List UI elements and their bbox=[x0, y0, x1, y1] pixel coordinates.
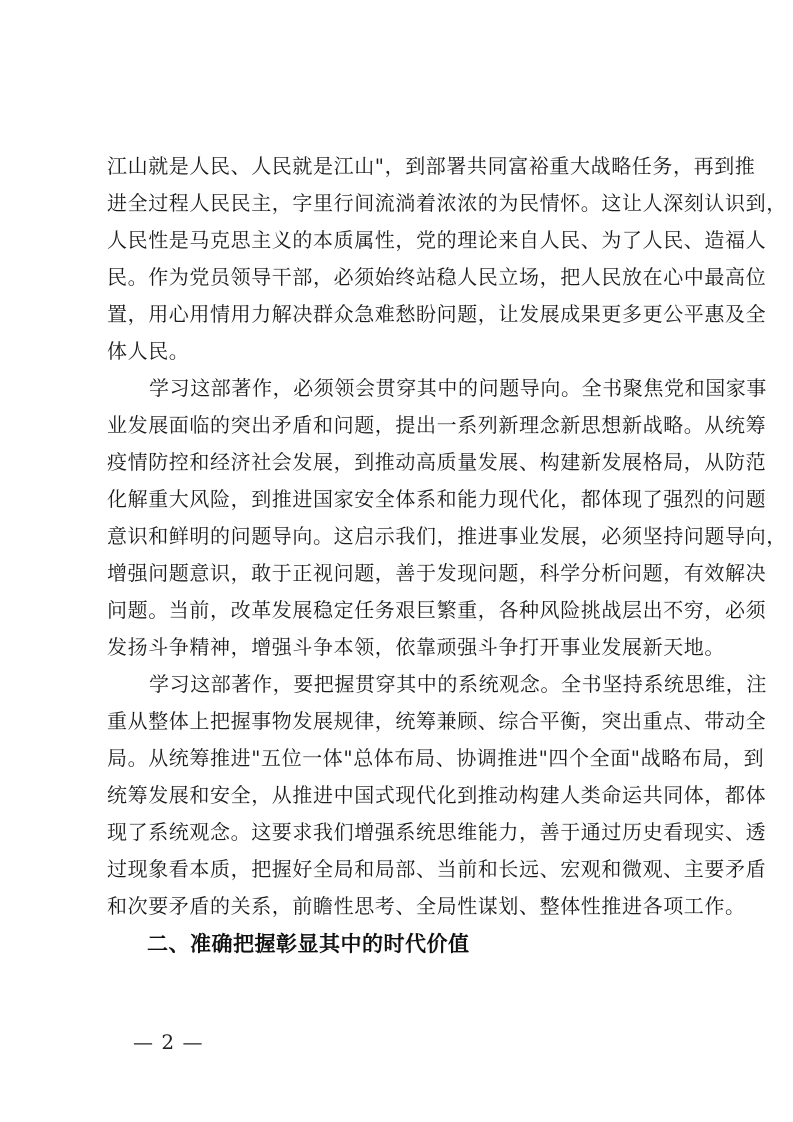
text-line: 化解重大风险，到推进国家安全体系和能力现代化，都体现了强烈的问题 bbox=[107, 481, 693, 518]
text-line: 置，用心用情用力解决群众急难愁盼问题，让发展成果更多更公平惠及全 bbox=[107, 296, 693, 333]
text-line: 重从整体上把握事物发展规律，统筹兼顾、综合平衡，突出重点、带动全 bbox=[107, 703, 693, 740]
text-line: 和次要矛盾的关系，前瞻性思考、全局性谋划、整体性推进各项工作。 bbox=[107, 888, 693, 925]
text-line: 民。作为党员领导干部，必须始终站稳人民立场，把人民放在心中最高位 bbox=[107, 259, 693, 296]
text-line: 问题。当前，改革发展稳定任务艰巨繁重，各种风险挑战层出不穷，必须 bbox=[107, 592, 693, 629]
paragraph-people-centered: 江山就是人民、人民就是江山"，到部署共同富裕重大战略任务，再到推 进全过程人民民… bbox=[107, 148, 693, 370]
text-line: 体人民。 bbox=[107, 333, 693, 370]
text-line: 进全过程人民民主，字里行间流淌着浓浓的为民情怀。这让人深刻认识到， bbox=[107, 185, 693, 222]
section-heading: 二、准确把握彰显其中的时代价值 bbox=[147, 928, 470, 958]
text-line: 局。从统筹推进"五位一体"总体布局、协调推进"四个全面"战略布局，到 bbox=[107, 740, 693, 777]
text-line: 人民性是马克思主义的本质属性，党的理论来自人民、为了人民、造福人 bbox=[107, 222, 693, 259]
text-line: 过现象看本质，把握好全局和局部、当前和长远、宏观和微观、主要矛盾 bbox=[107, 851, 693, 888]
document-body: 江山就是人民、人民就是江山"，到部署共同富裕重大战略任务，再到推 进全过程人民民… bbox=[107, 148, 693, 925]
document-page: 江山就是人民、人民就是江山"，到部署共同富裕重大战略任务，再到推 进全过程人民民… bbox=[0, 0, 793, 1122]
text-line: 学习这部著作，必须领会贯穿其中的问题导向。全书聚焦党和国家事 bbox=[107, 370, 693, 407]
paragraph-problem-orientation: 学习这部著作，必须领会贯穿其中的问题导向。全书聚焦党和国家事 业发展面临的突出矛… bbox=[107, 370, 693, 666]
text-line: 发扬斗争精神，增强斗争本领，依靠顽强斗争打开事业发展新天地。 bbox=[107, 629, 693, 666]
text-line: 意识和鲜明的问题导向。这启示我们，推进事业发展，必须坚持问题导向， bbox=[107, 518, 693, 555]
text-line: 统筹发展和安全，从推进中国式现代化到推动构建人类命运共同体，都体 bbox=[107, 777, 693, 814]
text-line: 现了系统观念。这要求我们增强系统思维能力，善于通过历史看现实、透 bbox=[107, 814, 693, 851]
paragraph-systems-thinking: 学习这部著作，要把握贯穿其中的系统观念。全书坚持系统思维，注 重从整体上把握事物… bbox=[107, 666, 693, 925]
text-line: 业发展面临的突出矛盾和问题，提出一系列新理念新思想新战略。从统筹 bbox=[107, 407, 693, 444]
page-number: — 2 — bbox=[133, 1030, 203, 1054]
text-line: 江山就是人民、人民就是江山"，到部署共同富裕重大战略任务，再到推 bbox=[107, 148, 693, 185]
text-line: 疫情防控和经济社会发展，到推动高质量发展、构建新发展格局，从防范 bbox=[107, 444, 693, 481]
text-line: 增强问题意识，敢于正视问题，善于发现问题，科学分析问题，有效解决 bbox=[107, 555, 693, 592]
text-line: 学习这部著作，要把握贯穿其中的系统观念。全书坚持系统思维，注 bbox=[107, 666, 693, 703]
